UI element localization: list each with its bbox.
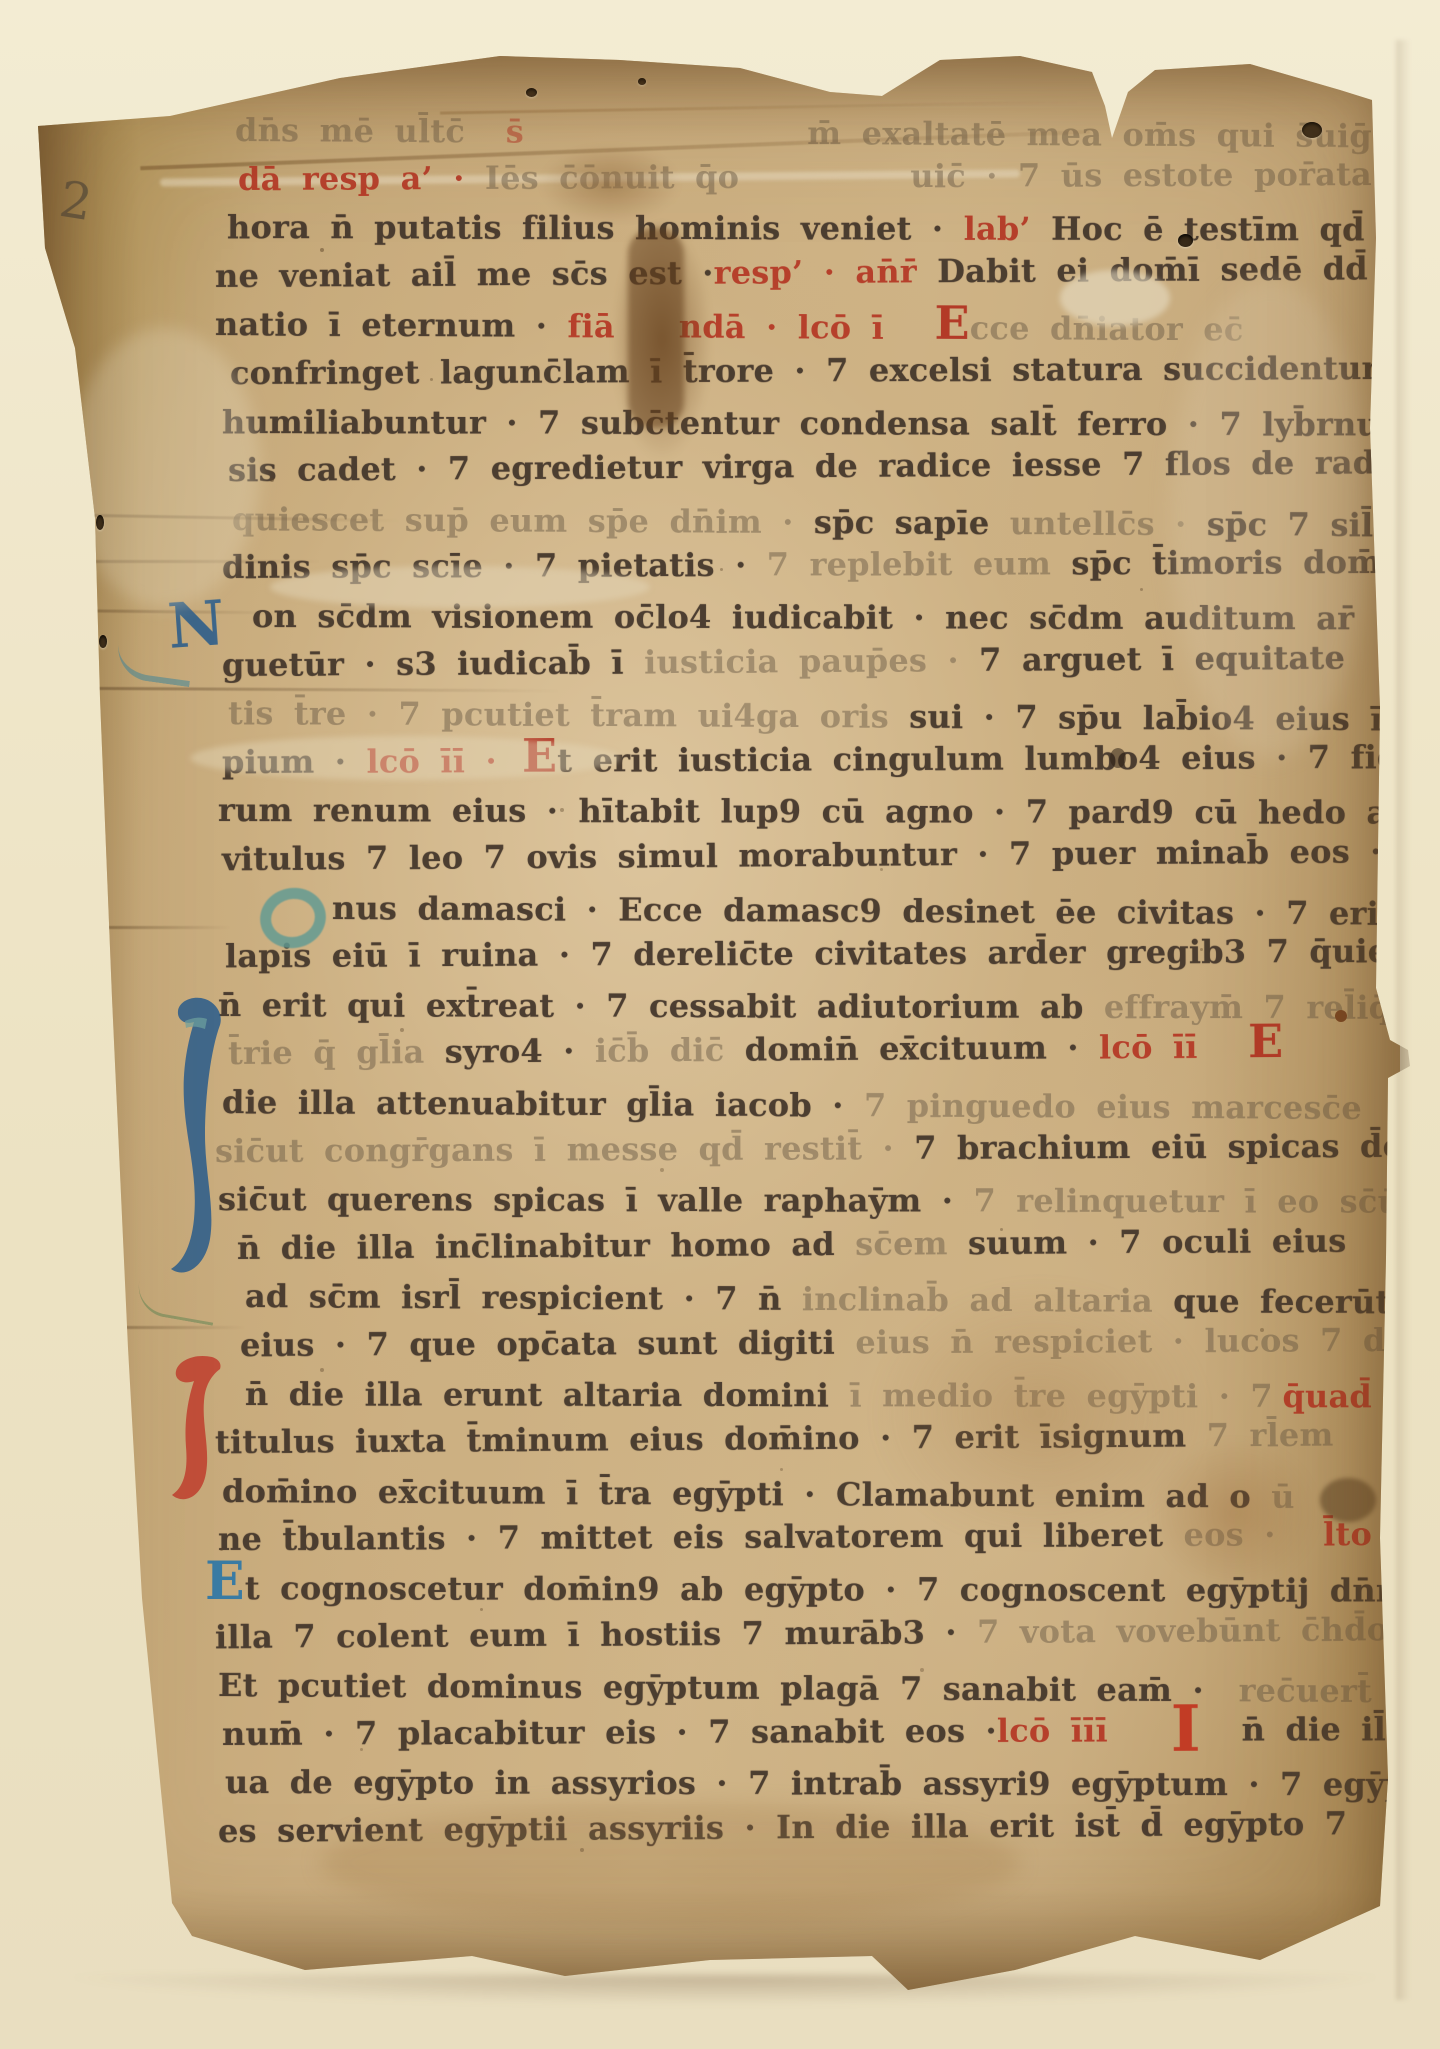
speck	[950, 428, 954, 432]
speck	[880, 868, 883, 871]
speck	[780, 1468, 783, 1471]
speck	[400, 1028, 404, 1032]
speck	[1200, 948, 1203, 951]
speck	[920, 1668, 924, 1672]
wormhole	[886, 60, 895, 68]
mat-crease-shadow	[1396, 40, 1410, 2000]
speck	[320, 1368, 324, 1372]
speck	[270, 478, 274, 482]
speck	[560, 808, 564, 812]
speck	[320, 248, 324, 252]
sewing-hole	[94, 935, 102, 949]
speck	[580, 1848, 584, 1852]
speck	[430, 378, 433, 381]
edge-vignette	[20, 48, 1400, 1998]
speck	[1140, 588, 1143, 591]
speck	[660, 1168, 664, 1172]
parchment-leaf: dn̄s mē ul̄tc̄ s̄m̄ exaltatē mea om̄s qu…	[20, 48, 1400, 1998]
sewing-hole	[100, 1093, 108, 1108]
speck	[220, 1548, 223, 1551]
speck	[1120, 1788, 1123, 1791]
sewing-hole	[95, 1261, 103, 1274]
speck	[360, 1748, 363, 1751]
manuscript-photo: dn̄s mē ul̄tc̄ s̄m̄ exaltatē mea om̄s qu…	[0, 0, 1440, 2049]
speck	[720, 568, 723, 571]
speck	[1260, 1328, 1264, 1332]
mat-shadow	[60, 1975, 1390, 2005]
speck	[1000, 1228, 1003, 1231]
speck	[1310, 748, 1313, 751]
speck	[480, 1608, 483, 1611]
